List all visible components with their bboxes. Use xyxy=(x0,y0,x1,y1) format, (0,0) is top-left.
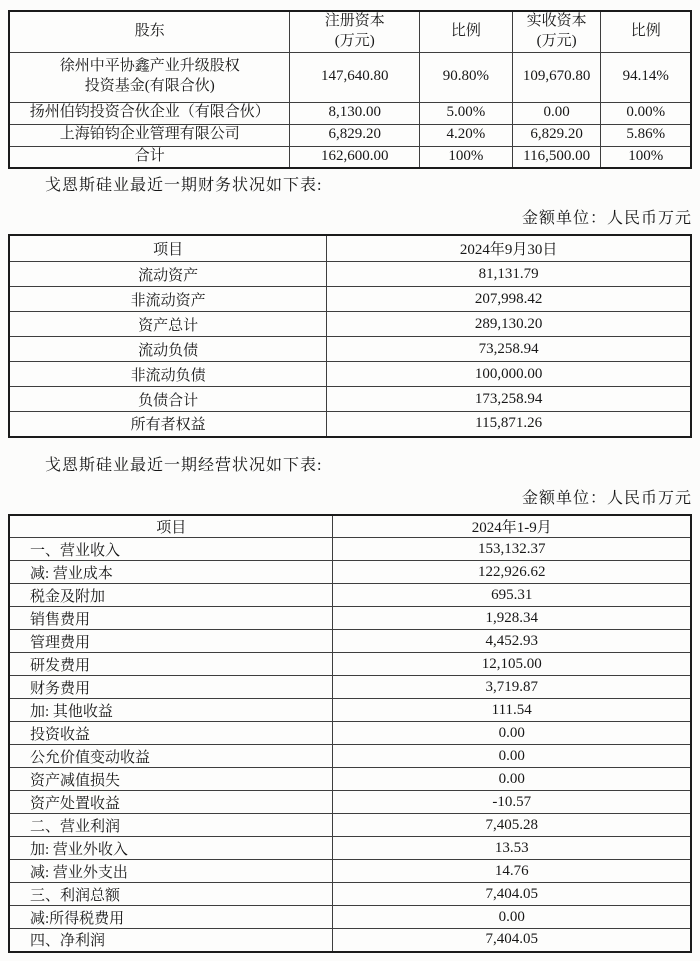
unit-label-financial: 金额单位：人民币万元 xyxy=(8,208,692,229)
table-row: 流动负债73,258.94 xyxy=(9,337,691,362)
table-cell: 0.00% xyxy=(601,102,691,124)
table-cell: 财务费用 xyxy=(9,676,333,699)
shareholder-table: 股东 注册资本 (万元) 比例 实收资本 (万元) 比例 徐州中平协鑫产业升级股… xyxy=(8,10,692,169)
table-cell: 加: 营业外收入 xyxy=(9,837,333,860)
table-cell: 三、利润总额 xyxy=(9,883,333,906)
table-row: 负债合计173,258.94 xyxy=(9,387,691,412)
table-row: 加: 其他收益111.54 xyxy=(9,699,691,722)
table-cell: 4,452.93 xyxy=(333,630,691,653)
table-cell: 12,105.00 xyxy=(333,653,691,676)
table-cell: 减:所得税费用 xyxy=(9,906,333,929)
table-cell: 所有者权益 xyxy=(9,412,327,437)
column-header-item: 项目 xyxy=(9,515,333,538)
financial-position-table: 项目 2024年9月30日 流动资产81,131.79非流动资产207,998.… xyxy=(8,234,692,438)
operating-results-table: 项目 2024年1-9月 一、营业收入153,132.37减: 营业成本122,… xyxy=(8,514,692,953)
table-row: 徐州中平协鑫产业升级股权 投资基金(有限合伙)147,640.8090.80%1… xyxy=(9,52,691,102)
operating-intro-text: 戈恩斯硅业最近一期经营状况如下表: xyxy=(8,456,692,476)
table-row: 资产总计289,130.20 xyxy=(9,312,691,337)
table-cell: 一、营业收入 xyxy=(9,538,333,561)
table-cell: 合计 xyxy=(9,146,290,168)
table-cell: 109,670.80 xyxy=(512,52,601,102)
table-cell: -10.57 xyxy=(333,791,691,814)
operating-table-header-row: 项目 2024年1-9月 xyxy=(9,515,691,538)
table-row: 一、营业收入153,132.37 xyxy=(9,538,691,561)
table-cell: 73,258.94 xyxy=(327,337,691,362)
table-cell: 减: 营业成本 xyxy=(9,561,333,584)
table-cell: 147,640.80 xyxy=(290,52,420,102)
table-cell: 扬州伯钧投资合伙企业（有限合伙） xyxy=(9,102,290,124)
document-page: 股东 注册资本 (万元) 比例 实收资本 (万元) 比例 徐州中平协鑫产业升级股… xyxy=(0,0,700,961)
column-header-shareholder: 股东 xyxy=(9,11,290,52)
table-cell: 非流动资产 xyxy=(9,287,327,312)
table-cell: 162,600.00 xyxy=(290,146,420,168)
table-cell: 153,132.37 xyxy=(333,538,691,561)
column-header-ratio-1: 比例 xyxy=(420,11,513,52)
table-row: 资产处置收益-10.57 xyxy=(9,791,691,814)
shareholder-table-header-row: 股东 注册资本 (万元) 比例 实收资本 (万元) 比例 xyxy=(9,11,691,52)
table-cell: 173,258.94 xyxy=(327,387,691,412)
table-row: 四、净利润7,404.05 xyxy=(9,929,691,952)
table-cell: 4.20% xyxy=(420,124,513,146)
operating-table-body: 一、营业收入153,132.37减: 营业成本122,926.62税金及附加69… xyxy=(9,538,691,952)
table-cell: 14.76 xyxy=(333,860,691,883)
table-row: 减: 营业外支出14.76 xyxy=(9,860,691,883)
shareholder-table-body: 徐州中平协鑫产业升级股权 投资基金(有限合伙)147,640.8090.80%1… xyxy=(9,52,691,168)
unit-label-operating: 金额单位：人民币万元 xyxy=(8,488,692,509)
table-cell: 负债合计 xyxy=(9,387,327,412)
table-cell: 6,829.20 xyxy=(290,124,420,146)
table-row: 管理费用4,452.93 xyxy=(9,630,691,653)
column-header-ratio-2: 比例 xyxy=(601,11,691,52)
column-header-item: 项目 xyxy=(9,235,327,262)
table-cell: 100,000.00 xyxy=(327,362,691,387)
table-cell: 116,500.00 xyxy=(512,146,601,168)
table-row: 销售费用1,928.34 xyxy=(9,607,691,630)
table-row: 税金及附加695.31 xyxy=(9,584,691,607)
table-row: 公允价值变动收益0.00 xyxy=(9,745,691,768)
table-cell: 研发费用 xyxy=(9,653,333,676)
table-row: 上海铂钧企业管理有限公司6,829.204.20%6,829.205.86% xyxy=(9,124,691,146)
table-cell: 111.54 xyxy=(333,699,691,722)
table-cell: 流动负债 xyxy=(9,337,327,362)
column-header-period: 2024年1-9月 xyxy=(333,515,691,538)
table-row: 扬州伯钧投资合伙企业（有限合伙）8,130.005.00%0.000.00% xyxy=(9,102,691,124)
table-cell: 徐州中平协鑫产业升级股权 投资基金(有限合伙) xyxy=(9,52,290,102)
table-cell: 100% xyxy=(601,146,691,168)
table-row: 流动资产81,131.79 xyxy=(9,262,691,287)
table-cell: 投资收益 xyxy=(9,722,333,745)
table-row: 所有者权益115,871.26 xyxy=(9,412,691,437)
table-cell: 122,926.62 xyxy=(333,561,691,584)
table-cell: 6,829.20 xyxy=(512,124,601,146)
table-cell: 0.00 xyxy=(333,722,691,745)
table-row: 减: 营业成本122,926.62 xyxy=(9,561,691,584)
table-row: 二、营业利润7,405.28 xyxy=(9,814,691,837)
table-row: 减:所得税费用0.00 xyxy=(9,906,691,929)
table-row: 财务费用3,719.87 xyxy=(9,676,691,699)
table-cell: 管理费用 xyxy=(9,630,333,653)
table-row: 研发费用12,105.00 xyxy=(9,653,691,676)
table-row: 非流动负债100,000.00 xyxy=(9,362,691,387)
table-cell: 115,871.26 xyxy=(327,412,691,437)
table-cell: 8,130.00 xyxy=(290,102,420,124)
table-cell: 0.00 xyxy=(333,745,691,768)
table-row: 资产减值损失0.00 xyxy=(9,768,691,791)
table-row: 合计162,600.00100%116,500.00100% xyxy=(9,146,691,168)
table-cell: 90.80% xyxy=(420,52,513,102)
table-row: 投资收益0.00 xyxy=(9,722,691,745)
table-cell: 695.31 xyxy=(333,584,691,607)
table-cell: 流动资产 xyxy=(9,262,327,287)
table-cell: 5.86% xyxy=(601,124,691,146)
table-cell: 13.53 xyxy=(333,837,691,860)
table-cell: 资产处置收益 xyxy=(9,791,333,814)
table-cell: 7,404.05 xyxy=(333,929,691,952)
financial-table-header-row: 项目 2024年9月30日 xyxy=(9,235,691,262)
table-cell: 7,404.05 xyxy=(333,883,691,906)
table-cell: 减: 营业外支出 xyxy=(9,860,333,883)
table-cell: 资产总计 xyxy=(9,312,327,337)
table-row: 三、利润总额7,404.05 xyxy=(9,883,691,906)
table-cell: 94.14% xyxy=(601,52,691,102)
table-cell: 二、营业利润 xyxy=(9,814,333,837)
column-header-date: 2024年9月30日 xyxy=(327,235,691,262)
table-cell: 资产减值损失 xyxy=(9,768,333,791)
column-header-registered-capital: 注册资本 (万元) xyxy=(290,11,420,52)
table-cell: 0.00 xyxy=(333,906,691,929)
table-cell: 加: 其他收益 xyxy=(9,699,333,722)
table-cell: 0.00 xyxy=(333,768,691,791)
table-cell: 0.00 xyxy=(512,102,601,124)
table-cell: 207,998.42 xyxy=(327,287,691,312)
table-cell: 289,130.20 xyxy=(327,312,691,337)
table-row: 加: 营业外收入13.53 xyxy=(9,837,691,860)
table-cell: 7,405.28 xyxy=(333,814,691,837)
table-row: 非流动资产207,998.42 xyxy=(9,287,691,312)
table-cell: 5.00% xyxy=(420,102,513,124)
table-cell: 四、净利润 xyxy=(9,929,333,952)
column-header-paidin-capital: 实收资本 (万元) xyxy=(512,11,601,52)
table-cell: 1,928.34 xyxy=(333,607,691,630)
table-cell: 税金及附加 xyxy=(9,584,333,607)
financial-table-body: 流动资产81,131.79非流动资产207,998.42资产总计289,130.… xyxy=(9,262,691,437)
table-cell: 100% xyxy=(420,146,513,168)
table-cell: 销售费用 xyxy=(9,607,333,630)
table-cell: 上海铂钧企业管理有限公司 xyxy=(9,124,290,146)
table-cell: 公允价值变动收益 xyxy=(9,745,333,768)
table-cell: 3,719.87 xyxy=(333,676,691,699)
table-cell: 81,131.79 xyxy=(327,262,691,287)
table-cell: 非流动负债 xyxy=(9,362,327,387)
financial-intro-text: 戈恩斯硅业最近一期财务状况如下表: xyxy=(8,176,692,196)
